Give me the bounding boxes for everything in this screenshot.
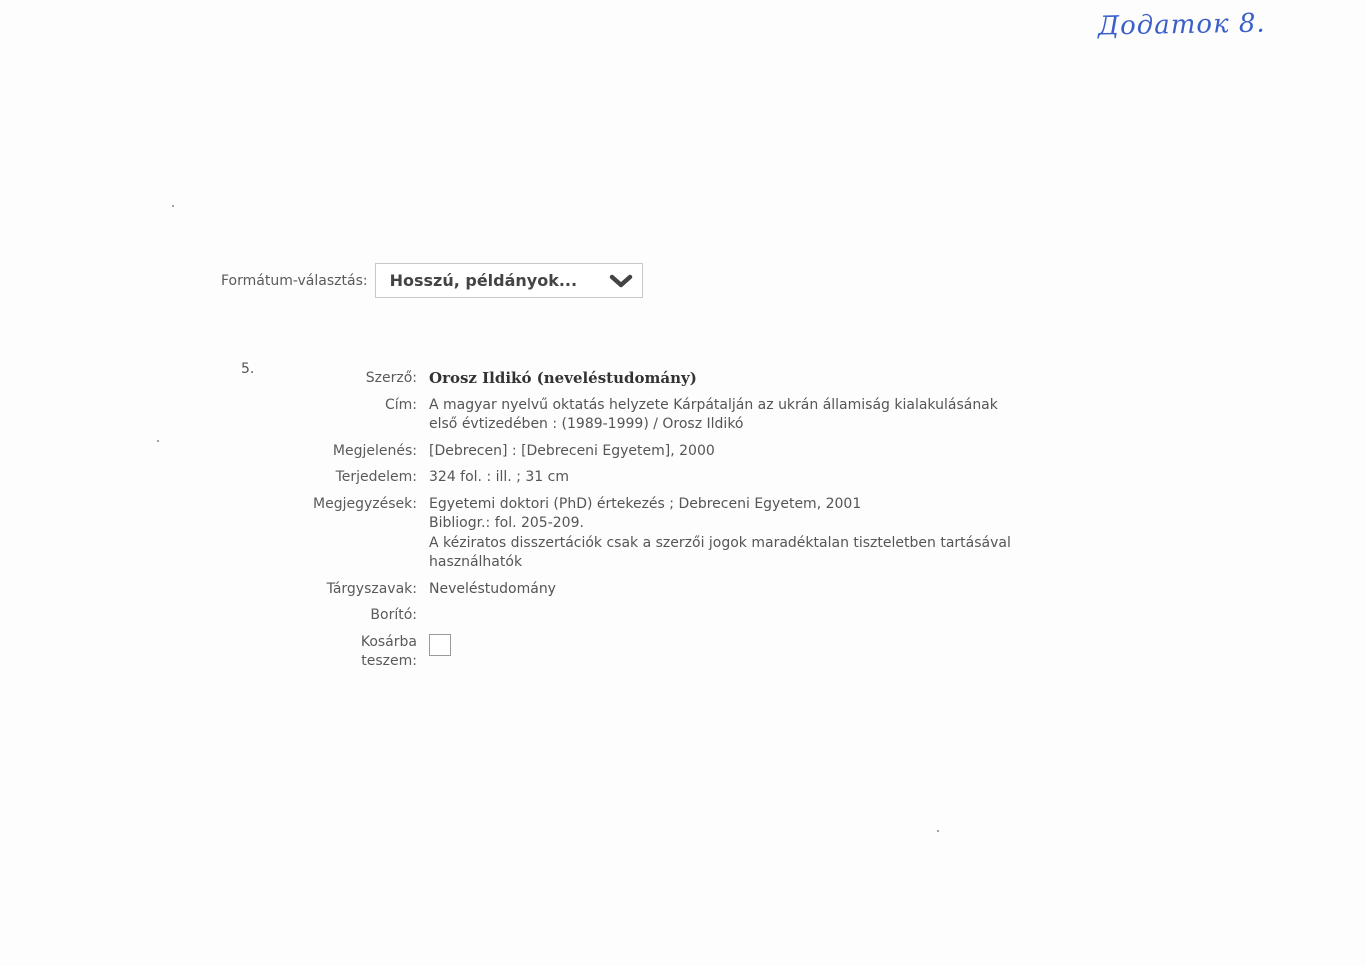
field-publication: Megjelenés: [Debrecen] : [Debreceni Egye… [260, 442, 1120, 462]
add-to-basket-checkbox[interactable] [429, 634, 451, 656]
field-notes: Megjegyzések: Egyetemi doktori (PhD) ért… [260, 495, 1120, 573]
format-selector-label: Formátum-választás: [221, 273, 368, 289]
title-label: Cím: [260, 396, 417, 435]
bibliographic-record: Szerző: Orosz Ildikó (neveléstudomány) C… [260, 369, 1120, 679]
field-basket: Kosárba teszem: [260, 633, 1120, 672]
author-value[interactable]: Orosz Ildikó (neveléstudomány) [429, 369, 1120, 389]
cover-label: Borító: [260, 606, 417, 626]
basket-label-line: Kosárba [260, 633, 417, 653]
field-title: Cím: A magyar nyelvű oktatás helyzete Ká… [260, 396, 1120, 435]
publication-value: [Debrecen] : [Debreceni Egyetem], 2000 [429, 442, 1120, 462]
title-value: A magyar nyelvű oktatás helyzete Kárpáta… [429, 396, 1120, 435]
field-extent: Terjedelem: 324 fol. : ill. ; 31 cm [260, 468, 1120, 488]
extent-value: 324 fol. : ill. ; 31 cm [429, 468, 1120, 488]
notes-line: használhatók [429, 553, 1120, 573]
title-line: A magyar nyelvű oktatás helyzete Kárpáta… [429, 396, 1120, 416]
format-select-value: Hosszú, példányok... [390, 271, 578, 290]
notes-line: A kéziratos disszertációk csak a szerzői… [429, 534, 1120, 554]
notes-line: Egyetemi doktori (PhD) értekezés ; Debre… [429, 495, 1120, 515]
publication-label: Megjelenés: [260, 442, 417, 462]
field-author: Szerző: Orosz Ildikó (neveléstudomány) [260, 369, 1120, 389]
subjects-label: Tárgyszavak: [260, 580, 417, 600]
field-subjects: Tárgyszavak: Neveléstudomány [260, 580, 1120, 600]
scan-artifact [937, 830, 939, 832]
format-selector-row: Formátum-választás: Hosszú, példányok... [221, 263, 643, 298]
record-number: 5. [241, 361, 254, 377]
title-line: első évtizedében : (1989-1999) / Orosz I… [429, 415, 1120, 435]
notes-value: Egyetemi doktori (PhD) értekezés ; Debre… [429, 495, 1120, 573]
author-label: Szerző: [260, 369, 417, 389]
basket-label: Kosárba teszem: [260, 633, 417, 672]
handwritten-annotation: Додаток 8. [1098, 9, 1266, 42]
subjects-value[interactable]: Neveléstudomány [429, 580, 1120, 600]
basket-label-line: teszem: [260, 652, 417, 672]
field-cover: Borító: [260, 606, 1120, 626]
scan-artifact [172, 205, 174, 207]
basket-value [429, 633, 1120, 672]
scan-artifact [157, 440, 159, 442]
notes-label: Megjegyzések: [260, 495, 417, 573]
chevron-down-icon[interactable] [608, 271, 634, 291]
format-select-dropdown[interactable]: Hosszú, példányok... [375, 263, 643, 298]
notes-line: Bibliogr.: fol. 205-209. [429, 514, 1120, 534]
extent-label: Terjedelem: [260, 468, 417, 488]
cover-value [429, 606, 1120, 626]
